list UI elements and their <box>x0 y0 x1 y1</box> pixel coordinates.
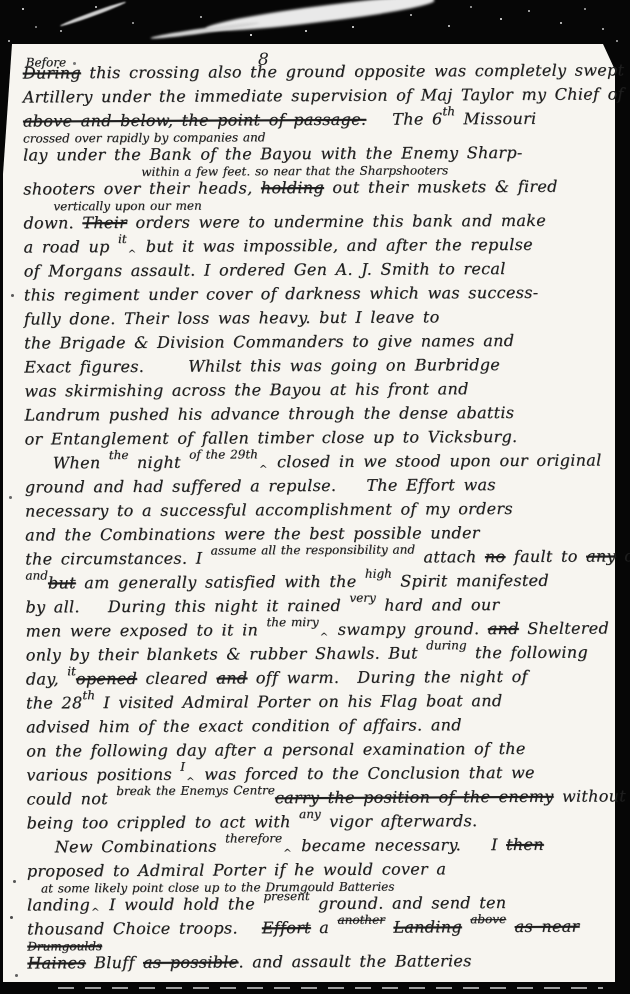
struck-text: Effort <box>262 918 311 937</box>
caret-mark: ^ <box>91 907 100 918</box>
line-segment: men were exposed to it in <box>26 620 267 640</box>
line-segment: Sheltered <box>519 618 609 637</box>
struck-text: but <box>48 573 76 592</box>
line-segment: day, <box>26 669 67 688</box>
manuscript-line: landing^ I would hold the present ground… <box>27 890 607 917</box>
line-segment: am generally satisfied with the <box>76 572 365 593</box>
manuscript-line: fully done. Their loss was heavy. but I … <box>24 304 604 331</box>
manuscript-line: being too crippled to act with any vigor… <box>27 808 607 835</box>
inserted-text: very <box>349 591 375 605</box>
manuscript-line: men were exposed to it in the miry^ swam… <box>26 616 606 643</box>
line-segment: The Effort was <box>366 475 496 495</box>
line-segment: swampy ground. <box>329 619 488 639</box>
line-segment: . and assault the Batteries <box>238 951 471 971</box>
line-segment: off warm. <box>247 668 339 687</box>
line-segment: During this night it rained <box>108 596 350 616</box>
struck-text: as near <box>515 917 580 936</box>
line-segment: I visited Admiral Porter on his Flag boa… <box>95 691 502 712</box>
inserted-text: th <box>442 104 455 118</box>
scan-artifact-dashed-line <box>58 987 603 989</box>
line-segment: Landrum pushed his advance through the d… <box>24 403 514 425</box>
manuscript-line: down. Their orders were to undermine thi… <box>23 208 603 235</box>
line-segment: or Entanglement of fallen timber close u… <box>25 427 518 449</box>
inserted-text: the <box>109 448 129 462</box>
line-gap <box>366 108 392 132</box>
manuscript-line: was skirmishing across the Bayou at his … <box>24 376 604 403</box>
line-gap <box>238 916 262 940</box>
line-segment: the 28 <box>26 693 83 712</box>
struck-text: and <box>488 619 519 638</box>
line-segment: by all. <box>25 597 79 616</box>
manuscript-line: thousand Choice troops. Effort a another… <box>27 914 607 941</box>
caret-mark: ^ <box>259 464 268 475</box>
line-segment: Bluff <box>86 953 143 972</box>
line-segment: When <box>53 453 109 472</box>
correction-stack: BeforeDuring <box>23 61 81 85</box>
line-segment: Missouri <box>455 109 537 128</box>
manuscript-line: the circumstances. I assume all the resp… <box>25 544 605 571</box>
struck-text: then <box>506 835 544 854</box>
inserted-text: break the Enemys Centre <box>116 783 275 798</box>
scan-scratch-small <box>59 0 126 28</box>
line-segment: this regiment under cover of darkness wh… <box>24 283 539 305</box>
line-segment: closed in we stood upon our original <box>269 450 602 471</box>
line-segment: Spirit manifested <box>392 571 549 591</box>
struck-text: no <box>485 547 506 566</box>
line-segment: necessary to a successful accomplishment… <box>25 499 513 521</box>
line-gap <box>144 355 188 379</box>
struck-text: above and below, the point of passage. <box>23 110 366 131</box>
struck-text: Their <box>82 213 127 232</box>
manuscript-line: the Brigade & Division Commanders to giv… <box>24 328 604 355</box>
line-segment: down. <box>23 213 82 232</box>
line-segment: could not <box>26 789 116 808</box>
struck-text: any <box>586 546 616 565</box>
line-segment: hard and our <box>376 595 500 615</box>
inserted-text: high <box>365 567 392 581</box>
line-segment: The 6 <box>392 109 442 128</box>
line-segment: lay under the Bank of the Bayou with the… <box>23 143 523 165</box>
line-segment: Artillery under the immediate supervisio… <box>23 84 630 106</box>
manuscript-line: above and below, the point of passage. T… <box>23 106 603 133</box>
line-segment: New Combinations <box>55 836 225 856</box>
inserted-text: I <box>180 760 185 774</box>
line-segment: but it was impossible, and after the rep… <box>137 235 533 256</box>
line-segment: on the following day after a personal ex… <box>26 739 526 761</box>
line-segment: a road up <box>24 237 119 256</box>
inserted-struck-text: another <box>337 913 385 927</box>
inserted-text: therefore <box>225 831 282 845</box>
inserted-text: any <box>299 807 321 821</box>
inserted-text: during <box>426 638 466 652</box>
line-gap <box>339 666 357 690</box>
struck-text: carry the position of the enemy <box>275 787 554 807</box>
line-segment: without <box>554 786 627 805</box>
line-segment: I would hold the <box>101 894 264 914</box>
caret-mark: ^ <box>320 632 329 643</box>
struck-text: and <box>216 668 247 687</box>
line-gap <box>80 595 108 619</box>
line-segment: ground. and send ten <box>310 893 507 913</box>
line-segment: proposed to Admiral Porter if he would c… <box>27 859 446 880</box>
manuscript-line: a road up it^ but it was impossible, and… <box>24 232 604 259</box>
line-segment: landing <box>27 895 90 914</box>
scan-dust-specks <box>0 0 2 2</box>
line-segment: one <box>616 546 630 565</box>
manuscript-line: of Morgans assault. I ordered Gen A. J. … <box>24 256 604 283</box>
line-segment: was skirmishing across the Bayou at his … <box>24 379 468 400</box>
manuscript-line: Exact figures. Whilst this was going on … <box>24 352 604 379</box>
manuscript-line: ground and had suffered a repulse. The E… <box>25 472 605 499</box>
struck-text: opened <box>76 669 137 688</box>
line-segment: fully done. Their loss was heavy. but I … <box>24 307 440 328</box>
struck-text: Landing <box>393 917 462 936</box>
line-segment: shooters over their heads, <box>23 178 261 198</box>
inserted-text: and <box>25 568 48 582</box>
line-gap <box>461 833 491 857</box>
line-segment: a <box>311 918 338 937</box>
inserted-text: it <box>67 664 76 678</box>
line-segment: the Brigade & Division Commanders to giv… <box>24 331 514 353</box>
line-segment: the circumstances. I <box>25 549 211 569</box>
line-segment: various positions <box>26 765 180 785</box>
line-segment: I <box>491 835 506 854</box>
inserted-text: it <box>118 232 127 246</box>
line-segment: advised him of the exact condition of af… <box>26 715 462 736</box>
manuscript-line: this regiment under cover of darkness wh… <box>24 280 604 307</box>
line-segment: vigor afterwards. <box>321 811 478 831</box>
line-segment: only by their blankets & rubber Shawls. … <box>26 643 427 664</box>
struck-text: Haines <box>27 953 86 972</box>
manuscript-line: on the following day after a personal ex… <box>26 736 606 763</box>
line-segment: this crossing also the ground opposite w… <box>81 60 630 82</box>
manuscript-line: BeforeDuring this crossing also the grou… <box>23 58 603 85</box>
line-segment <box>462 917 470 936</box>
inserted-text: the miry <box>266 615 318 629</box>
struck-text: as possible <box>143 952 238 971</box>
line-segment: cleared <box>137 669 216 688</box>
manuscript-text-block: BeforeDuring this crossing also the grou… <box>23 58 608 975</box>
line-segment: thousand Choice troops. <box>27 918 238 938</box>
scan-corner-wedge-left <box>3 44 12 174</box>
manuscript-line: Haines Bluff as possible. and assault th… <box>27 948 607 975</box>
line-segment: the following <box>467 643 588 663</box>
manuscript-line: day, itopened cleared and off warm. Duri… <box>26 664 606 691</box>
line-segment: ground and had suffered a repulse. <box>25 476 337 497</box>
manuscript-line: Artillery under the immediate supervisio… <box>23 82 603 109</box>
manuscript-line: various positions I^ was forced to the C… <box>26 760 606 787</box>
line-segment: Exact figures. <box>24 357 144 377</box>
line-segment: being too crippled to act with <box>27 812 300 832</box>
manuscript-line: andbut am generally satisfied with the h… <box>25 568 605 595</box>
manuscript-line: When the night of the 29th^ closed in we… <box>25 448 605 475</box>
line-segment: out their muskets & fired <box>324 177 558 197</box>
struck-text: holding <box>261 178 324 197</box>
caret-mark: ^ <box>283 848 292 859</box>
line-segment: orders were to undermine this bank and m… <box>127 211 546 232</box>
line-segment: During the night of <box>357 667 528 687</box>
manuscript-line: New Combinations therefore^ became neces… <box>27 832 607 859</box>
caret-mark: ^ <box>128 249 137 260</box>
line-segment: and the Combinations were the best possi… <box>25 523 480 544</box>
inserted-text: present <box>263 889 309 903</box>
scan-scratch-tail <box>150 20 260 40</box>
line-segment: was forced to the Conclusion that we <box>196 763 535 784</box>
line-segment: became necessary. <box>293 835 461 855</box>
manuscript-paper: 8 BeforeDuring this crossing also the gr… <box>3 44 615 982</box>
ink-flecks <box>3 44 6 47</box>
manuscript-line: necessary to a successful accomplishment… <box>25 496 605 523</box>
inserted-text: th <box>82 688 95 702</box>
manuscript-line: the 28th I visited Admiral Porter on his… <box>26 688 606 715</box>
manuscript-line: Landrum pushed his advance through the d… <box>24 400 604 427</box>
line-segment: attach <box>415 547 485 566</box>
line-segment: of Morgans assault. I ordered Gen A. J. … <box>24 259 506 281</box>
manuscript-line: only by their blankets & rubber Shawls. … <box>26 640 606 667</box>
line-segment: fault to <box>505 547 586 566</box>
inserted-word: Before <box>26 50 67 74</box>
manuscript-lines: BeforeDuring this crossing also the grou… <box>23 58 608 975</box>
manuscript-line: advised him of the exact condition of af… <box>26 712 606 739</box>
inserted-struck-text: above <box>470 912 506 926</box>
line-gap <box>336 474 366 498</box>
manuscript-line: shooters over their heads, holding out t… <box>23 174 603 201</box>
line-segment: night <box>128 453 189 472</box>
line-segment: Whilst this was going on Burbridge <box>188 355 500 376</box>
inserted-text: of the 29th <box>189 447 258 461</box>
scan-scratch-large <box>205 0 435 36</box>
inserted-text: assume all the responsibility and <box>211 542 415 557</box>
